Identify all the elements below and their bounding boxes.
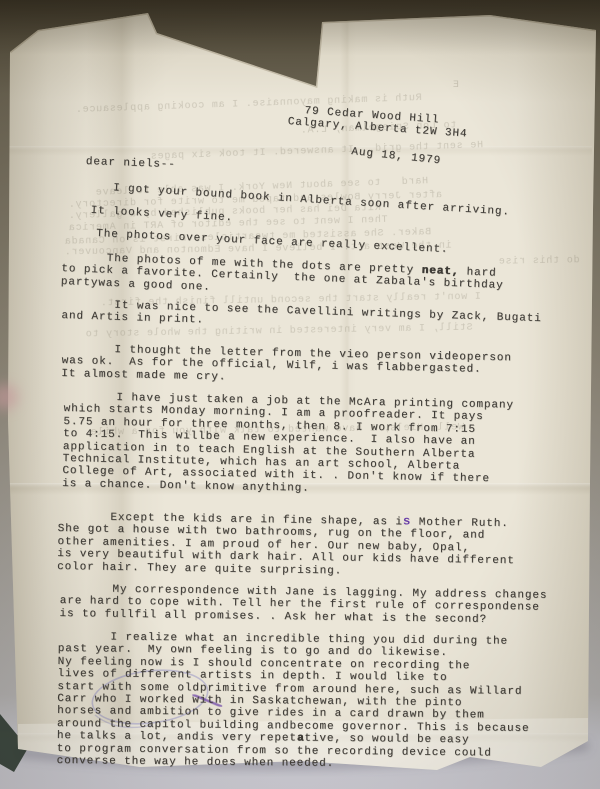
letter-paragraph: Except the kids are in fine shape, as is… (57, 510, 516, 580)
letter-paragraph: The photos over your face are really exc… (73, 227, 448, 256)
letter-line: The photos over your face are really exc… (73, 227, 448, 256)
letter-paragraph: It was nice to see the Cavellini writing… (61, 298, 542, 338)
letter-line: It looks very fine. (75, 204, 233, 225)
letter-text: 79 Cedar Wood Hill Calgary, Alberta t2W … (0, 0, 600, 789)
letter-paragraph: It looks very fine. (75, 204, 233, 225)
photo-of-letter: Ruth is making mayonnaise. I am cooking … (0, 0, 600, 789)
letter-paragraph: My correspondence with Jane is lagging. … (59, 583, 547, 627)
letter-paragraph: I thought the letter from the vieo perso… (61, 343, 512, 390)
letter-body: I got your bound book in Alberta soon af… (0, 0, 600, 789)
letter-paragraph: I have just taken a job at the McAra pri… (62, 391, 514, 499)
letter-paragraph: The photos of me with the dots are prett… (61, 251, 505, 305)
letter-paragraph: I realize what an incredible thing you d… (57, 631, 531, 772)
